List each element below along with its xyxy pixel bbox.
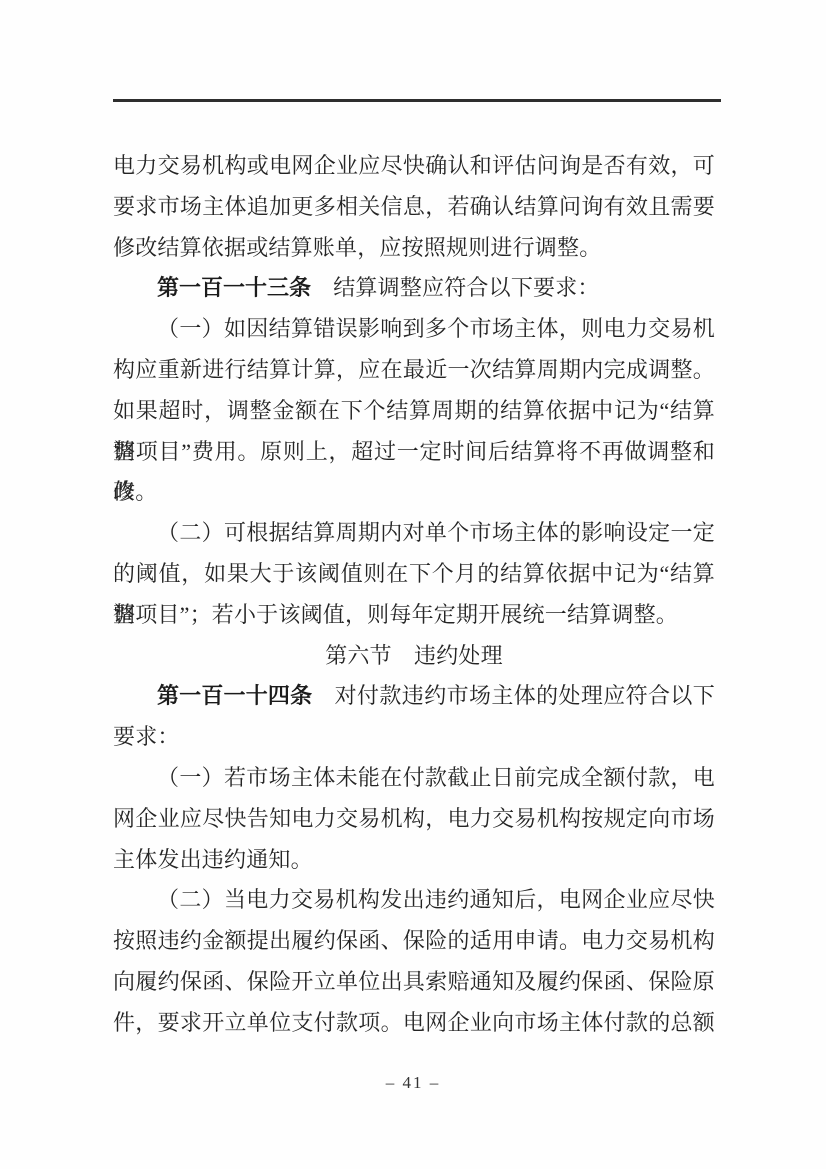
text-line: 要求市场主体追加更多相关信息，若确认结算问询有效且需要 [113, 187, 715, 228]
line-text: 要求： [113, 724, 180, 749]
text-line: 主体发出违约通知。 [113, 840, 715, 881]
text-line: （一）若市场主体未能在付款截止日前完成全额付款，电 [113, 758, 715, 799]
line-text: 电力交易机构或电网企业应尽快确认和评估问询是否有效，可 [113, 153, 715, 178]
text-line: 网企业应尽快告知电力交易机构，电力交易机构按规定向市场 [113, 799, 715, 840]
line-text: 主体发出违约通知。 [113, 847, 313, 872]
text-line: 整项目”费用。原则上，超过一定时间后结算将不再做调整和修 [113, 432, 715, 473]
line-text: 向履约保函、保险开立单位出具索赔通知及履约保函、保险原 [113, 969, 715, 994]
article-number: 第一百一十四条 [157, 683, 312, 708]
line-text: 构应重新进行结算计算，应在最近一次结算周期内完成调整。 [113, 357, 715, 382]
text-line: 改。 [113, 472, 715, 513]
line-text: 结算调整应符合以下要求： [311, 275, 600, 300]
line-text: 整项目”；若小于该阈值，则每年定期开展统一结算调整。 [113, 602, 678, 627]
line-text: 第六节 违约处理 [325, 643, 503, 668]
line-text: 改。 [113, 479, 157, 504]
line-text: （二）可根据结算周期内对单个市场主体的影响设定一定 [157, 520, 715, 545]
text-line: 向履约保函、保险开立单位出具索赔通知及履约保函、保险原 [113, 962, 715, 1003]
line-text: 要求市场主体追加更多相关信息，若确认结算问询有效且需要 [113, 194, 715, 219]
text-line: （二）当电力交易机构发出违约通知后，电网企业应尽快 [113, 880, 715, 921]
text-line: 如果超时，调整金额在下个结算周期的结算依据中记为“结算调 [113, 391, 715, 432]
text-line: 要求： [113, 717, 715, 758]
document-body: 电力交易机构或电网企业应尽快确认和评估问询是否有效，可要求市场主体追加更多相关信… [113, 146, 715, 1044]
article-line: 第一百一十四条 对付款违约市场主体的处理应符合以下 [113, 676, 715, 717]
line-text: 件，要求开立单位支付款项。电网企业向市场主体付款的总额 [113, 1010, 715, 1035]
text-line: （一）如因结算错误影响到多个市场主体，则电力交易机 [113, 309, 715, 350]
header-rule [113, 99, 721, 102]
text-line: 按照违约金额提出履约保函、保险的适用申请。电力交易机构 [113, 921, 715, 962]
text-line: 电力交易机构或电网企业应尽快确认和评估问询是否有效，可 [113, 146, 715, 187]
page-number: – 41 – [0, 1072, 826, 1094]
text-line: 的阈值，如果大于该阈值则在下个月的结算依据中记为“结算调 [113, 554, 715, 595]
document-page: 电力交易机构或电网企业应尽快确认和评估问询是否有效，可要求市场主体追加更多相关信… [0, 0, 826, 1169]
text-line: （二）可根据结算周期内对单个市场主体的影响设定一定 [113, 513, 715, 554]
line-text: 对付款违约市场主体的处理应符合以下 [312, 683, 715, 708]
text-line: 构应重新进行结算计算，应在最近一次结算周期内完成调整。 [113, 350, 715, 391]
line-text: 按照违约金额提出履约保函、保险的适用申请。电力交易机构 [113, 928, 715, 953]
text-line: 整项目”；若小于该阈值，则每年定期开展统一结算调整。 [113, 595, 715, 636]
section-heading: 第六节 违约处理 [113, 636, 715, 677]
article-line: 第一百一十三条 结算调整应符合以下要求： [113, 268, 715, 309]
line-text: （一）如因结算错误影响到多个市场主体，则电力交易机 [157, 316, 715, 341]
line-text: （二）当电力交易机构发出违约通知后，电网企业应尽快 [157, 887, 715, 912]
article-number: 第一百一十三条 [157, 275, 311, 300]
line-text: 网企业应尽快告知电力交易机构，电力交易机构按规定向市场 [113, 806, 715, 831]
text-line: 修改结算依据或结算账单，应按照规则进行调整。 [113, 228, 715, 269]
line-text: （一）若市场主体未能在付款截止日前完成全额付款，电 [157, 765, 715, 790]
line-text: 修改结算依据或结算账单，应按照规则进行调整。 [113, 235, 601, 260]
text-line: 件，要求开立单位支付款项。电网企业向市场主体付款的总额 [113, 1003, 715, 1044]
